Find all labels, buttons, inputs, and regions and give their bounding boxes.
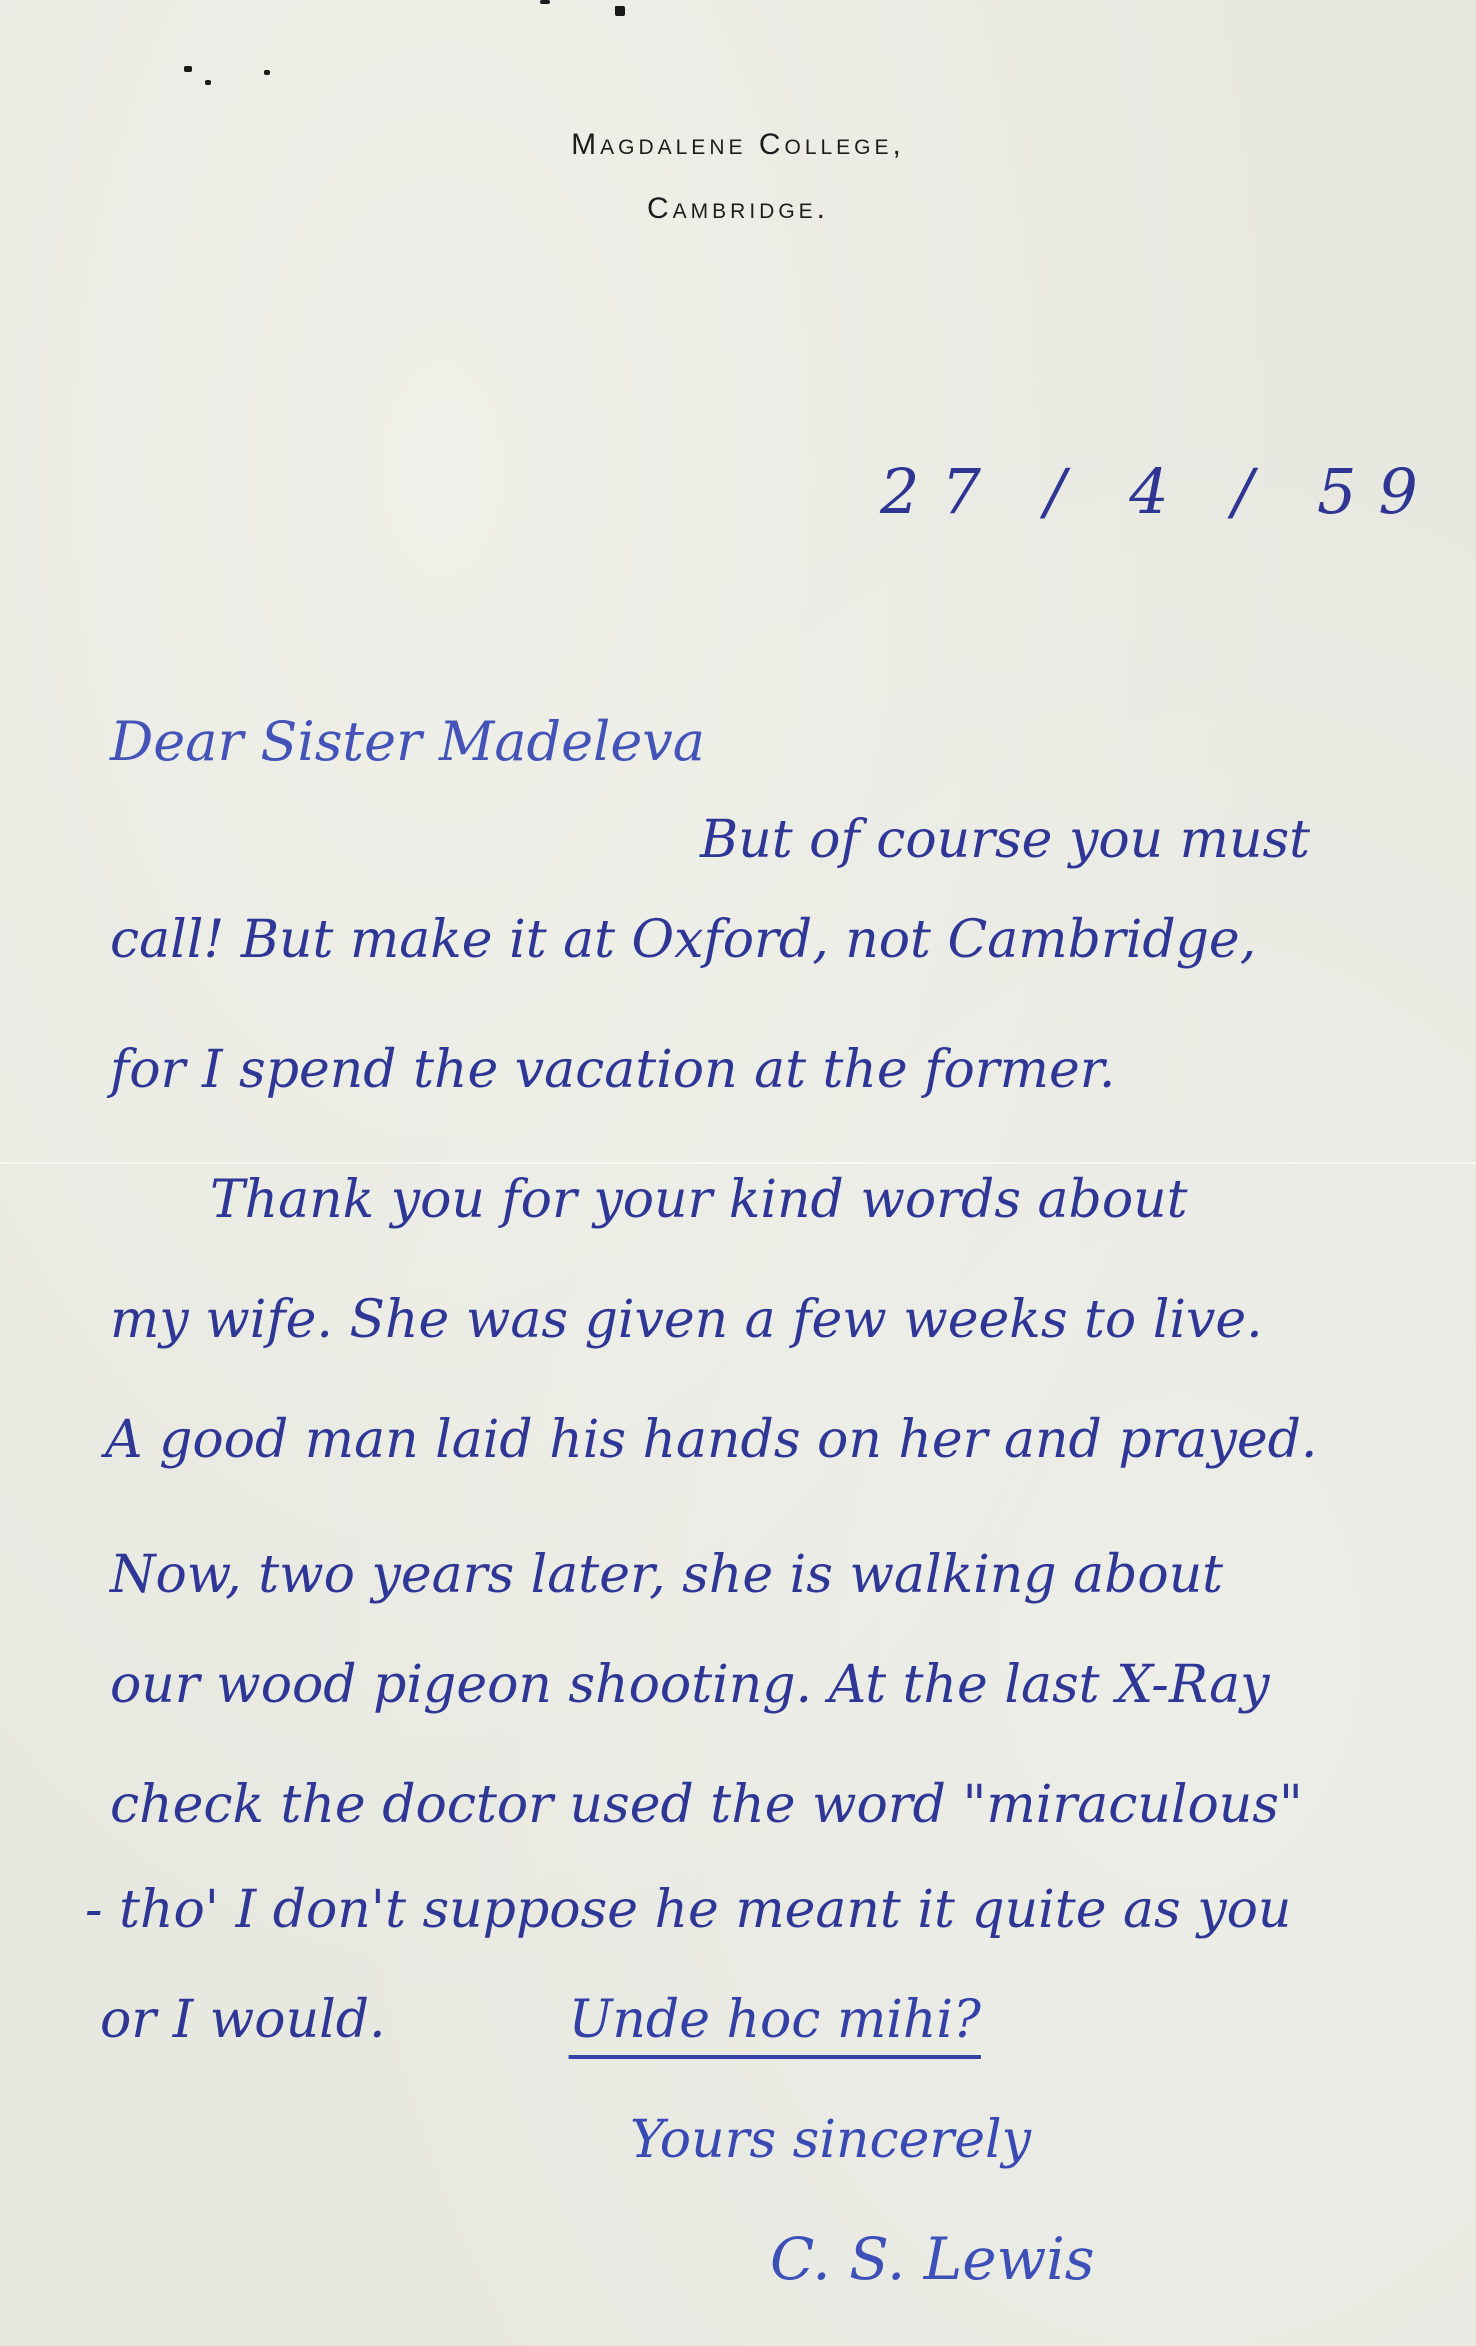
letterhead-city: Cambridge. (0, 192, 1476, 226)
signature: C. S. Lewis (770, 2225, 1095, 2293)
body-line: check the doctor used the word "miraculo… (110, 1775, 1303, 1835)
body-line: But of course you must (700, 810, 1310, 870)
body-line: Now, two years later, she is walking abo… (110, 1545, 1223, 1605)
body-line-text: or I would. (100, 1990, 386, 2050)
paper-mark (540, 0, 550, 4)
latin-phrase-underlined: Unde hoc mihi? (569, 1990, 981, 2050)
paper-fold-line (0, 1162, 1476, 1164)
body-line: call! But make it at Oxford, not Cambrid… (110, 910, 1256, 970)
paper-mark (205, 80, 211, 85)
body-line: A good man laid his hands on her and pra… (105, 1410, 1317, 1470)
paper-mark (615, 6, 625, 16)
salutation: Dear Sister Madeleva (110, 710, 705, 773)
paper-mark (184, 66, 192, 72)
paper-mark (264, 70, 270, 75)
letterhead-college: Magdalene College, (0, 128, 1476, 162)
body-line: - tho' I don't suppose he meant it quite… (85, 1880, 1291, 1940)
body-line: for I spend the vacation at the former. (110, 1040, 1115, 1100)
letter-page: Magdalene College, Cambridge. 27 / 4 / 5… (0, 0, 1476, 2346)
body-line: Thank you for your kind words about (210, 1170, 1188, 1230)
closing: Yours sincerely (630, 2110, 1031, 2170)
body-line: my wife. She was given a few weeks to li… (110, 1290, 1263, 1350)
letter-date: 27 / 4 / 59 (880, 455, 1440, 528)
body-line-final: or I would. Unde hoc mihi? (100, 1990, 981, 2050)
body-line: our wood pigeon shooting. At the last X-… (110, 1655, 1270, 1715)
